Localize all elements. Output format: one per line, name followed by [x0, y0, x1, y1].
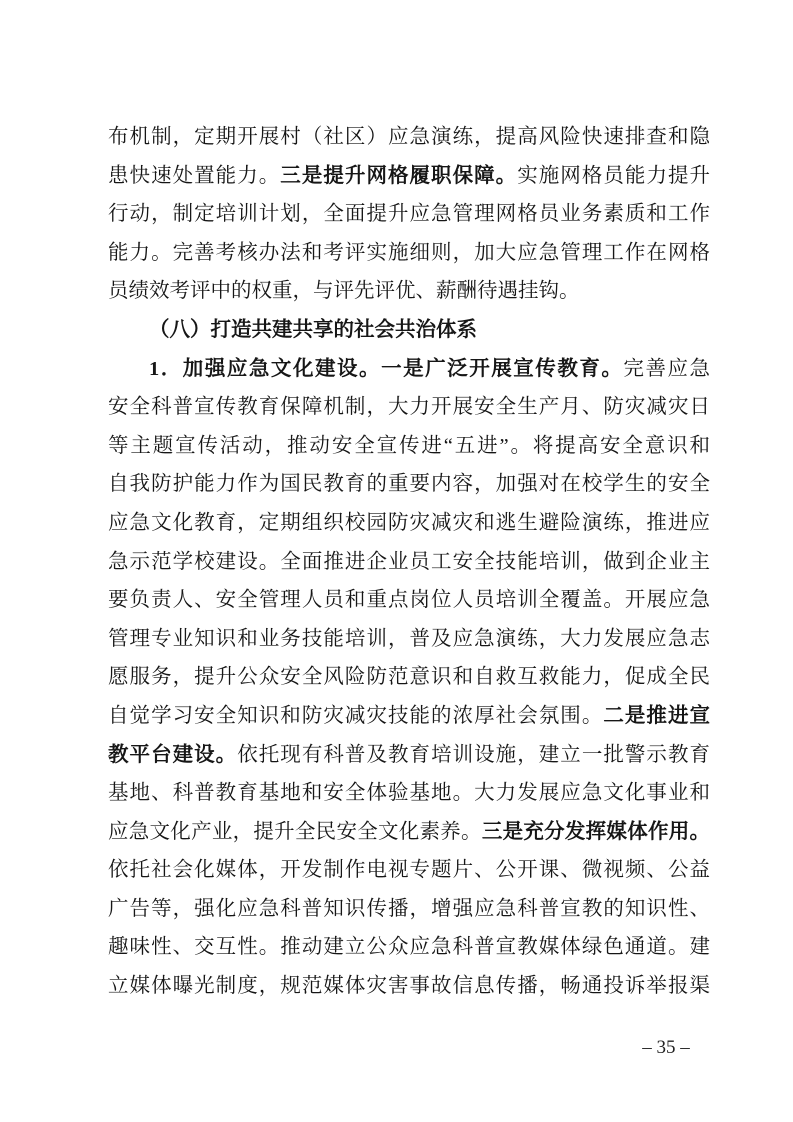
text-line: 布机制，定期开展村（社区）应急演练，提高风险快速排查和隐	[108, 118, 710, 157]
text-line: 安全科普宣传教育保障机制，大力开展安全生产月、防灾减灾日	[108, 388, 710, 427]
text-line: 管理专业知识和业务技能培训，普及应急演练，大力发展应急志	[108, 620, 710, 659]
text-line: 员绩效考评中的权重，与评先评优、薪酬待遇挂钩。	[108, 272, 710, 311]
text-line: 依托社会化媒体，开发制作电视专题片、公开课、微视频、公益	[108, 851, 710, 890]
text-segment-bold: 三是提升网格履职保障。	[280, 165, 517, 187]
text-segment: 基地、科普教育基地和安全体验基地。大力发展应急文化事业和	[108, 782, 710, 804]
text-segment-bold: 三是充分发挥媒体作用。	[482, 821, 710, 843]
text-line: 患快速处置能力。三是提升网格履职保障。实施网格员能力提升	[108, 157, 710, 196]
text-line: 应急文化教育，定期组织校园防灾减灾和逃生避险演练，推进应	[108, 504, 710, 543]
text-line: 自我防护能力作为国民教育的重要内容，加强对在校学生的安全	[108, 465, 710, 504]
text-line: 1．加强应急文化建设。一是广泛开展宣传教育。完善应急	[108, 350, 710, 389]
text-line: 愿服务，提升公众安全风险防范意识和自救互救能力，促成全民	[108, 658, 710, 697]
text-segment: 自我防护能力作为国民教育的重要内容，加强对在校学生的安全	[108, 473, 710, 495]
text-line: 立媒体曝光制度，规范媒体灾害事故信息传播，畅通投诉举报渠	[108, 967, 710, 1006]
text-segment: 患快速处置能力。	[108, 165, 280, 187]
text-line: 自觉学习安全知识和防灾减灾技能的浓厚社会氛围。二是推进宣	[108, 697, 710, 736]
text-segment: 布机制，定期开展村（社区）应急演练，提高风险快速排查和隐	[108, 126, 710, 148]
text-segment: 愿服务，提升公众安全风险防范意识和自救互救能力，促成全民	[108, 666, 710, 688]
text-line: 等主题宣传活动，推动安全宣传进“五进”。将提高安全意识和	[108, 427, 710, 466]
text-segment: 依托社会化媒体，开发制作电视专题片、公开课、微视频、公益	[108, 859, 710, 881]
text-line: 行动，制定培训计划，全面提升应急管理网格员业务素质和工作	[108, 195, 710, 234]
text-segment: 实施网格员能力提升	[517, 165, 710, 187]
text-line: 能力。完善考核办法和考评实施细则，加大应急管理工作在网格	[108, 234, 710, 273]
page-number: – 35 –	[606, 1036, 726, 1060]
text-segment: 自觉学习安全知识和防灾减灾技能的浓厚社会氛围。	[108, 705, 603, 727]
text-segment: 能力。完善考核办法和考评实施细则，加大应急管理工作在网格	[108, 242, 710, 264]
document-page: 布机制，定期开展村（社区）应急演练，提高风险快速排查和隐患快速处置能力。三是提升…	[0, 0, 793, 1122]
text-segment: 管理专业知识和业务技能培训，普及应急演练，大力发展应急志	[108, 628, 710, 650]
text-segment-bold: （八）打造共建共享的社会共治体系	[149, 319, 477, 341]
text-line: 应急文化产业，提升全民安全文化素养。三是充分发挥媒体作用。	[108, 813, 710, 852]
text-segment: 依托现有科普及教育培训设施，建立一批警示教育	[237, 744, 710, 766]
text-segment: 员绩效考评中的权重，与评先评优、薪酬待遇挂钩。	[108, 280, 580, 302]
text-segment: 行动，制定培训计划，全面提升应急管理网格员业务素质和工作	[108, 203, 710, 225]
text-segment: 安全科普宣传教育保障机制，大力开展安全生产月、防灾减灾日	[108, 396, 710, 418]
text-segment: 等主题宣传活动，推动安全宣传进“五进”。将提高安全意识和	[108, 435, 710, 457]
text-segment: 应急文化产业，提升全民安全文化素养。	[108, 821, 482, 843]
text-segment-bold: 1．加强应急文化建设。一是广泛开展宣传教育。	[149, 358, 623, 380]
text-line: 要负责人、安全管理人员和重点岗位人员培训全覆盖。开展应急	[108, 581, 710, 620]
text-segment-bold: 二是推进宣	[603, 705, 710, 727]
text-segment: 趣味性、交互性。推动建立公众应急科普宣教媒体绿色通道。建	[108, 936, 710, 958]
text-line: 教平台建设。依托现有科普及教育培训设施，建立一批警示教育	[108, 736, 710, 775]
document-body: 布机制，定期开展村（社区）应急演练，提高风险快速排查和隐患快速处置能力。三是提升…	[108, 118, 710, 1006]
text-segment: 应急文化教育，定期组织校园防灾减灾和逃生避险演练，推进应	[108, 512, 710, 534]
text-line: 广告等，强化应急科普知识传播，增强应急科普宣教的知识性、	[108, 890, 710, 929]
text-segment: 要负责人、安全管理人员和重点岗位人员培训全覆盖。开展应急	[108, 589, 710, 611]
text-line: 急示范学校建设。全面推进企业员工安全技能培训，做到企业主	[108, 543, 710, 582]
text-segment: 急示范学校建设。全面推进企业员工安全技能培训，做到企业主	[108, 551, 710, 573]
text-segment: 立媒体曝光制度，规范媒体灾害事故信息传播，畅通投诉举报渠	[108, 975, 710, 997]
text-segment-bold: 教平台建设。	[108, 744, 237, 766]
text-line: 趣味性、交互性。推动建立公众应急科普宣教媒体绿色通道。建	[108, 928, 710, 967]
text-line: （八）打造共建共享的社会共治体系	[108, 311, 710, 350]
text-segment: 完善应急	[623, 358, 710, 380]
text-segment: 广告等，强化应急科普知识传播，增强应急科普宣教的知识性、	[108, 898, 710, 920]
text-line: 基地、科普教育基地和安全体验基地。大力发展应急文化事业和	[108, 774, 710, 813]
